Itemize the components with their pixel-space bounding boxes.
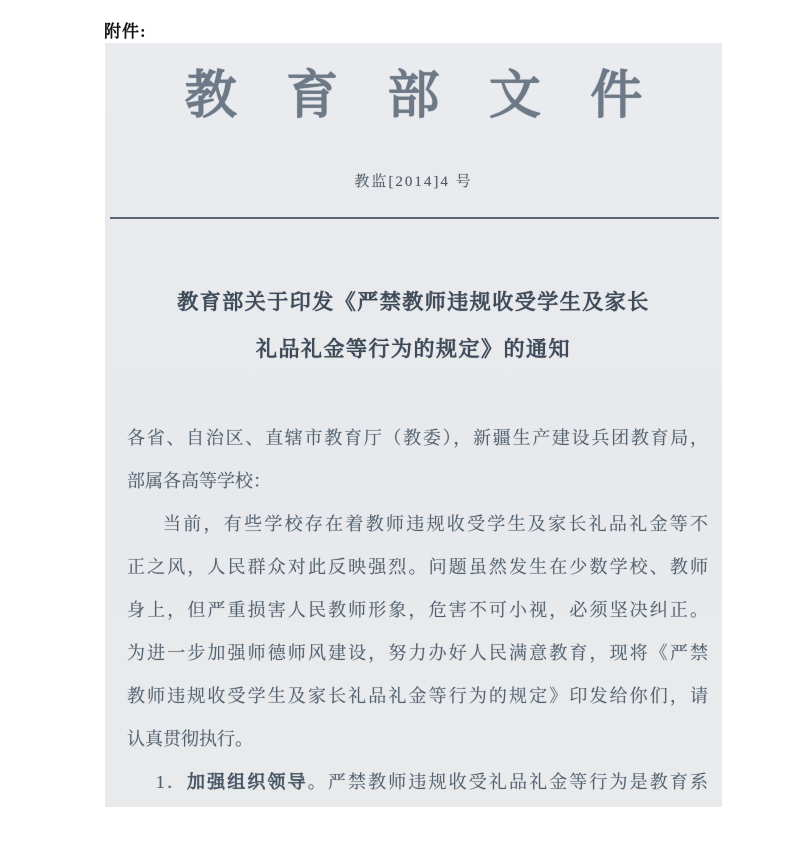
paragraph-line: 正之风，人民群众对此反映强烈。问题虽然发生在少数学校、教师: [127, 546, 708, 589]
scanned-document-page: 教育部文件 教监[2014]4 号 教育部关于印发《严禁教师违规收受学生及家长 …: [105, 43, 722, 807]
numbered-item-line: 1．加强组织领导。严禁教师违规收受礼品礼金等行为是教育系: [127, 761, 708, 804]
document-number: 教监[2014]4 号: [105, 172, 722, 192]
paragraph-line: 当前，有些学校存在着教师违规收受学生及家长礼品礼金等不: [127, 503, 708, 546]
notice-title: 教育部关于印发《严禁教师违规收受学生及家长 礼品礼金等行为的规定》的通知: [105, 279, 722, 373]
paragraph-line: 教师违规收受学生及家长礼品礼金等行为的规定》印发给你们，请: [127, 675, 708, 718]
letterhead-title: 教育部文件: [105, 71, 722, 123]
item-number: 1．: [156, 772, 187, 792]
salutation-line: 各省、自治区、直辖市教育厅（教委），新疆生产建设兵团教育局，: [127, 417, 708, 460]
letterhead-divider: [110, 217, 719, 219]
paragraph-line: 为进一步加强师德师风建设，努力办好人民满意教育，现将《严禁: [127, 632, 708, 675]
notice-title-line1: 教育部关于印发《严禁教师违规收受学生及家长: [105, 279, 722, 326]
paragraph-line: 认真贯彻执行。: [127, 718, 708, 761]
attachment-label: 附件:: [104, 17, 147, 42]
item-text: 。严禁教师违规收受礼品礼金等行为是教育系: [308, 772, 708, 792]
item-heading: 加强组织领导: [187, 772, 308, 792]
document-body: 各省、自治区、直辖市教育厅（教委），新疆生产建设兵团教育局， 部属各高等学校： …: [105, 417, 722, 804]
page-root: { "attachment": { "label": "附件:" }, "doc…: [0, 0, 800, 867]
notice-title-line2: 礼品礼金等行为的规定》的通知: [105, 326, 722, 373]
paragraph-line: 身上，但严重损害人民教师形象，危害不可小视，必须坚决纠正。: [127, 589, 708, 632]
salutation-line: 部属各高等学校：: [127, 460, 708, 503]
